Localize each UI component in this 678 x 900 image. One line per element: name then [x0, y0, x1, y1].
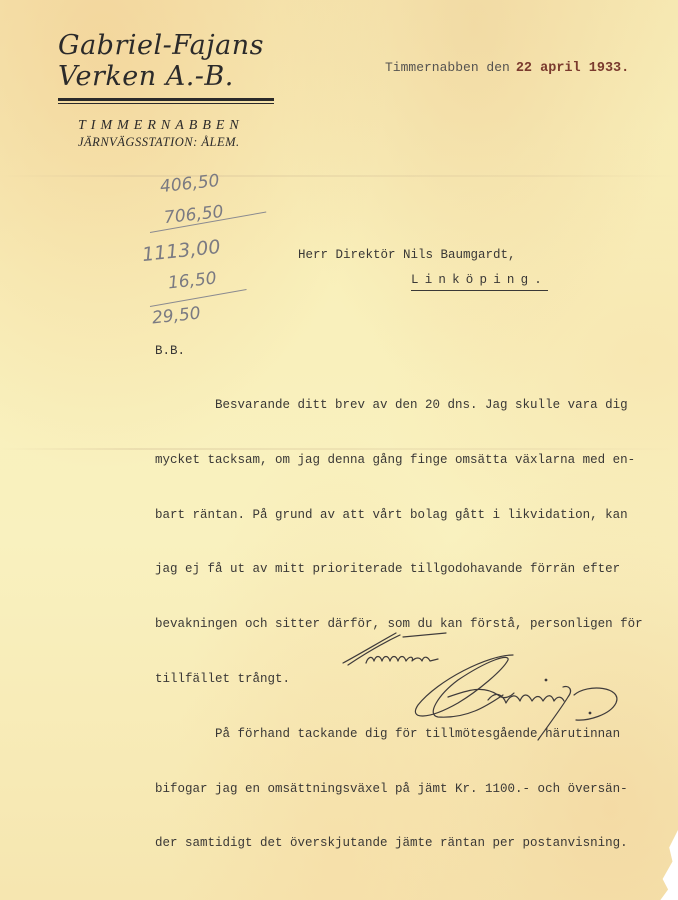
letter-body: Besvarande ditt brev av den 20 dns. Jag …: [155, 369, 675, 876]
letterhead: Gabriel-Fajans Verken A.-B. TIMMERNABBEN…: [58, 30, 276, 150]
dateline-place: Timmernabben den: [385, 60, 510, 75]
calc-line: 1113,00: [141, 236, 221, 266]
paper-fold-top: [0, 175, 678, 177]
company-name-line1: Gabriel-Fajans: [58, 30, 276, 61]
company-name-line2: Verken A.-B.: [58, 61, 276, 92]
body-line: der samtidigt det överskjutande jämte rä…: [155, 835, 675, 862]
dateline: Timmernabben den22 april 1933.: [385, 60, 629, 76]
signature-icon: [338, 625, 638, 755]
body-line: Besvarande ditt brev av den 20 dns. Jag …: [155, 397, 675, 424]
letterhead-rule-thin: [58, 103, 274, 104]
calc-line: 29,50: [151, 304, 201, 329]
body-line: mycket tacksam, om jag denna gång finge …: [155, 452, 675, 479]
letterhead-rule-thick: [58, 98, 274, 101]
letterhead-station: JÄRNVÄGSSTATION: ÅLEM.: [58, 135, 276, 150]
recipient-city: Linköping.: [411, 273, 548, 291]
body-line: bifogar jag en omsättningsväxel på jämt …: [155, 781, 675, 808]
closing-signature-block: Vänner: [338, 625, 638, 755]
salutation: B.B.: [155, 344, 185, 358]
recipient-name: Herr Direktör Nils Baumgardt,: [298, 248, 516, 262]
calc-line: 406,50: [159, 171, 220, 197]
dateline-date: 22 april 1933.: [516, 61, 629, 76]
letterhead-place: TIMMERNABBEN: [58, 118, 276, 134]
body-line: bart räntan. På grund av att vårt bolag …: [155, 507, 675, 534]
handwritten-calculation: 406,50 706,50 1113,00 16,50 29,50: [140, 168, 270, 338]
calc-line: 16,50: [167, 269, 217, 294]
body-line: jag ej få ut av mitt prioriterade tillgo…: [155, 561, 675, 588]
